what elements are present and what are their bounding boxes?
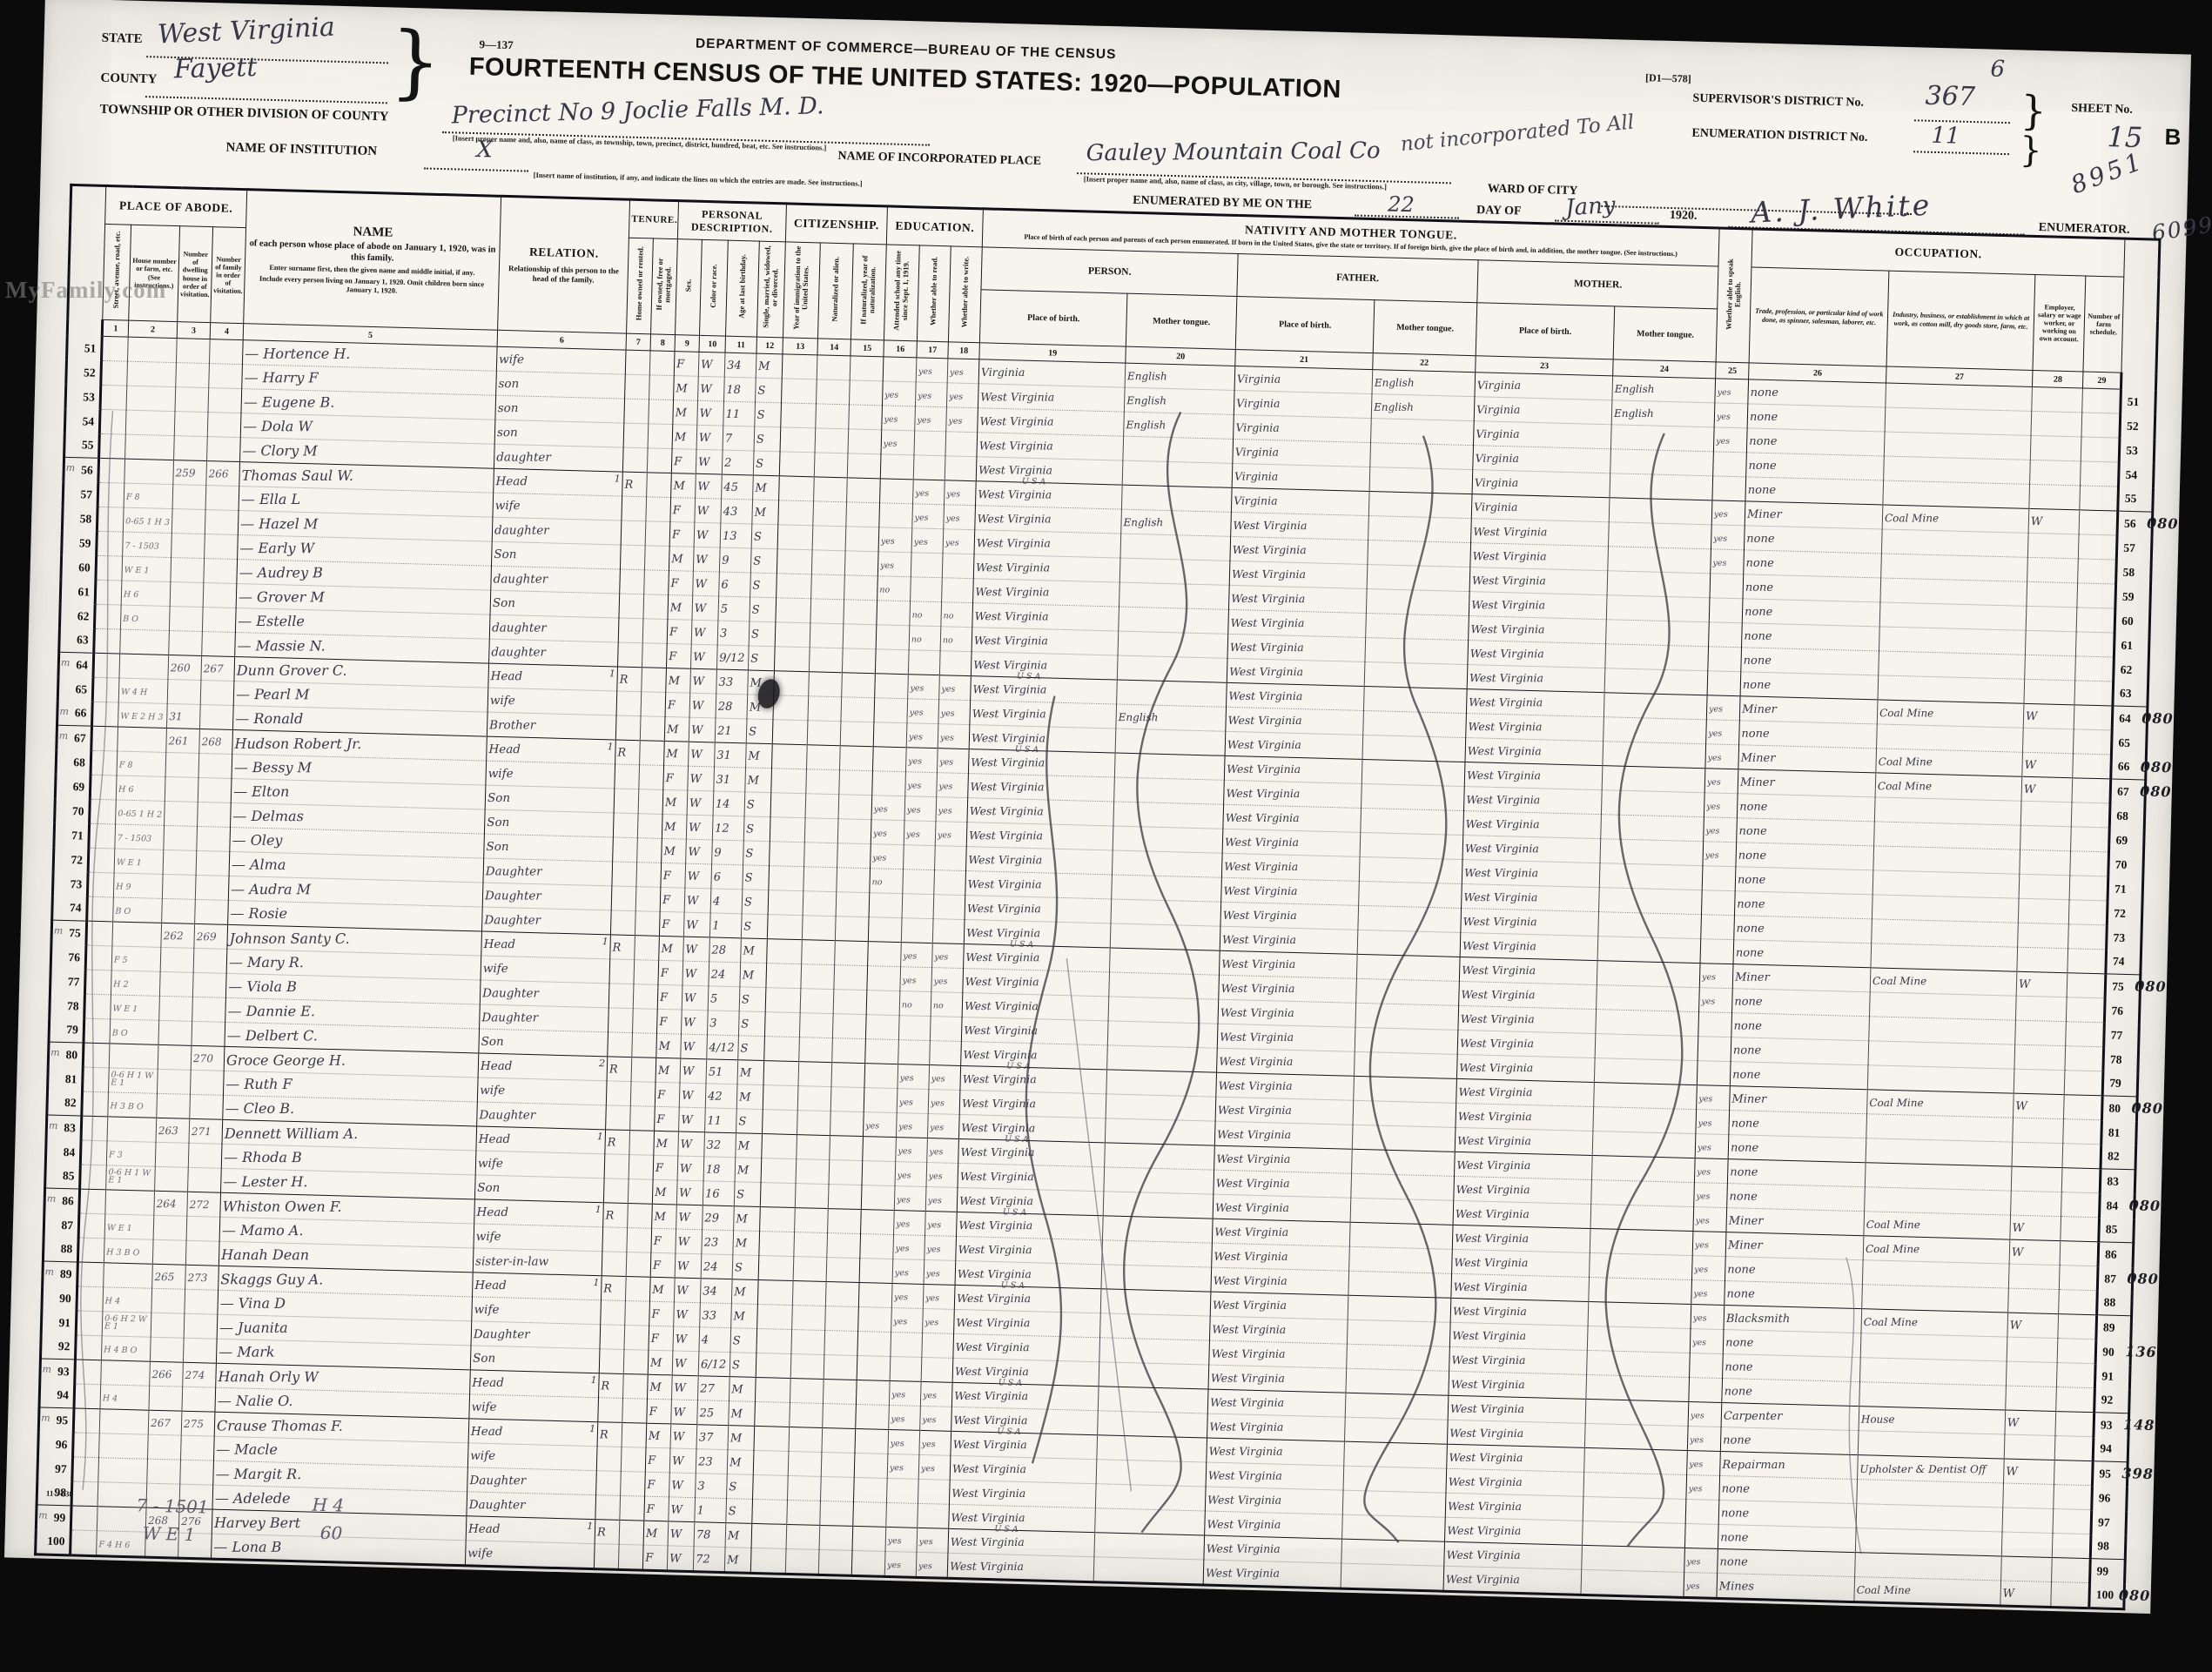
cell-c14 xyxy=(811,574,845,600)
cell-mother-mother-tongue xyxy=(1591,1180,1695,1207)
cell-occupation: none xyxy=(1728,1159,1866,1187)
cell-mother-birthplace: Virginia xyxy=(1472,470,1610,498)
cell-person-birthplace: West Virginia xyxy=(947,1553,1094,1581)
cell-c8 xyxy=(642,668,667,693)
cell-c1 xyxy=(92,702,119,727)
cell-c8 xyxy=(619,1520,644,1545)
cell-house-marks xyxy=(107,1117,157,1142)
cell-father-mother-tongue xyxy=(1366,614,1469,641)
cell-person-mother-tongue xyxy=(1100,1313,1211,1340)
cell-speaks-english: yes xyxy=(1692,1232,1726,1257)
cell-speaks-english xyxy=(1702,866,1736,891)
cell-c13 xyxy=(765,988,801,1013)
cell-tenure xyxy=(608,1008,634,1033)
cell-c1 xyxy=(96,555,123,581)
cell-father-birthplace: West Virginia xyxy=(1229,585,1368,613)
cell-person-birthplace: West Virginia xyxy=(976,457,1123,485)
col-trade: Trade, profession, or particular kind of… xyxy=(1749,267,1889,366)
cell-person-mother-tongue: English xyxy=(1125,363,1235,390)
cell-speaks-english: yes xyxy=(1714,403,1748,428)
cell-father-birthplace: West Virginia xyxy=(1218,999,1356,1027)
cell-speaks-english xyxy=(1710,574,1744,599)
cell-color-race: W xyxy=(676,1180,703,1205)
pencil-note-b: W E 1 xyxy=(142,1523,195,1546)
cell-c8 xyxy=(647,448,672,473)
cell-speaks-english: yes xyxy=(1695,1158,1729,1184)
cell-dwelling-number: 266 xyxy=(150,1361,184,1387)
cell-worker-class xyxy=(2020,825,2072,851)
cell-mother-birthplace: West Virginia xyxy=(1461,908,1599,936)
cell-person-birthplace: West Virginia xyxy=(957,1187,1104,1215)
cell-relation: Daughter xyxy=(482,907,612,935)
cell-marital-status: S xyxy=(749,621,776,647)
cell-family-number xyxy=(184,1313,218,1339)
cell-c29 xyxy=(2063,1119,2102,1145)
cell-father-birthplace: West Virginia xyxy=(1220,926,1358,954)
cell-industry xyxy=(1862,1285,2009,1313)
cell-c8 xyxy=(636,863,662,888)
enumerator-signature: A. J. White xyxy=(1751,188,1933,230)
cell-color-race: W xyxy=(694,522,721,547)
cell-house-marks xyxy=(104,1263,153,1288)
cell-line-number: 74 xyxy=(52,896,88,921)
cell-father-mother-tongue xyxy=(1346,1368,1449,1395)
cell-color-race: W xyxy=(669,1448,696,1474)
cell-c14 xyxy=(795,1208,829,1233)
cell-industry xyxy=(1879,602,2027,630)
cell-able-write: yes xyxy=(925,1211,958,1236)
cell-speaks-english: yes xyxy=(1707,695,1741,721)
cell-c1 xyxy=(76,1311,103,1336)
cell-industry xyxy=(1877,724,2024,752)
cell-line-number: 93m xyxy=(40,1359,76,1384)
cell-house-marks: H 4 B O xyxy=(101,1336,151,1361)
cell-able-write xyxy=(922,1333,954,1358)
cell-speaks-english: yes xyxy=(1686,1474,1720,1500)
cell-person-birthplace: West Virginia xyxy=(953,1333,1100,1361)
cell-family-number: 275 xyxy=(181,1411,215,1436)
cell-sex: M xyxy=(669,547,694,572)
incorporated-place-label: NAME OF INCORPORATED PLACE xyxy=(837,150,1041,169)
cell-color-race: W xyxy=(678,1131,705,1157)
enumerated-day: 22 xyxy=(1388,191,1415,217)
cell-person-mother-tongue xyxy=(1115,729,1226,755)
cell-line-number: 97 xyxy=(37,1456,73,1481)
cell-line-number: 79 xyxy=(2102,1071,2138,1097)
cell-color-race: W xyxy=(693,547,720,572)
cell-c1 xyxy=(84,994,111,1019)
cell-line-number: 80m xyxy=(48,1042,84,1067)
cell-color-race: W xyxy=(680,1058,707,1084)
col-attended-school: Attended school any time since Sept. 1, … xyxy=(884,245,920,341)
relation-number: 1 xyxy=(607,741,613,752)
cell-person-birthplace: U S AWest Virginia xyxy=(954,1285,1101,1313)
cell-sex: M xyxy=(643,1521,669,1546)
cell-able-write xyxy=(918,1503,950,1528)
cell-able-write: yes xyxy=(938,700,971,725)
cell-c29 xyxy=(2060,1241,2099,1266)
cell-occupation: none xyxy=(1718,1524,1857,1552)
cell-c14 xyxy=(792,1306,826,1331)
cell-occupation: none xyxy=(1719,1475,1858,1503)
cell-father-birthplace: West Virginia xyxy=(1231,512,1369,540)
institution-note: [Insert name of institution, if any, and… xyxy=(534,171,863,188)
cell-c13 xyxy=(768,890,803,916)
cell-c1 xyxy=(71,1530,97,1556)
cell-speaks-english: yes xyxy=(1696,1110,1730,1135)
cell-occupation: none xyxy=(1731,1037,1869,1065)
cell-c1 xyxy=(73,1433,100,1458)
cell-c15 xyxy=(837,868,871,893)
cell-c1 xyxy=(79,1189,106,1214)
cell-industry: Coal Mine xyxy=(1863,1236,2010,1264)
cell-line-number: 81 xyxy=(2101,1120,2137,1145)
relation-number: 2 xyxy=(599,1058,605,1069)
cell-able-read: yes xyxy=(901,943,933,968)
cell-age: 14 xyxy=(713,791,745,816)
cell-marital-status: S xyxy=(727,1474,754,1500)
cell-line-number: 52 xyxy=(66,359,102,385)
cell-color-race: W xyxy=(670,1424,697,1449)
relation-number: 1 xyxy=(595,1204,602,1215)
cell-c13 xyxy=(758,1255,794,1280)
cell-dwelling-number xyxy=(174,436,208,461)
cell-house-marks: H 6 xyxy=(116,776,165,801)
group-name: NAME of each person whose place of abode… xyxy=(244,190,501,331)
cell-mother-birthplace: West Virginia xyxy=(1453,1200,1591,1228)
cell-person-birthplace: U S AWest Virginia xyxy=(964,944,1111,972)
cell-c13 xyxy=(759,1232,795,1257)
cell-age: 25 xyxy=(697,1400,729,1426)
cell-family-number: 273 xyxy=(185,1265,219,1290)
cell-person-mother-tongue xyxy=(1113,850,1223,877)
cell-c8 xyxy=(620,1495,645,1521)
cell-father-birthplace: West Virginia xyxy=(1214,1170,1352,1198)
cell-able-read xyxy=(911,577,943,602)
cell-family-number xyxy=(188,1167,222,1192)
institution-underline xyxy=(424,166,528,171)
cell-relation: Head1 xyxy=(468,1419,598,1447)
cell-line-number: 73 xyxy=(2107,925,2142,950)
cell-c29 xyxy=(2054,1436,2094,1461)
cell-c29 xyxy=(2066,1022,2105,1047)
cell-mother-mother-tongue xyxy=(1606,595,1710,622)
cell-c15 xyxy=(832,1038,866,1064)
cell-person-mother-tongue xyxy=(1114,753,1225,780)
cell-worker-class xyxy=(2019,898,2070,924)
cell-tenure xyxy=(615,715,641,741)
cell-age: 72 xyxy=(693,1547,725,1573)
cell-c29 xyxy=(2051,1581,2090,1608)
cell-sex: M xyxy=(656,1058,681,1083)
cell-person-birthplace: West Virginia xyxy=(958,1163,1105,1191)
cell-speaks-english: yes xyxy=(1687,1450,1721,1475)
institution-label: NAME OF INSTITUTION xyxy=(225,141,377,160)
cell-worker-class: W xyxy=(2007,1313,2059,1339)
cell-father-birthplace: West Virginia xyxy=(1224,755,1362,783)
cell-mother-birthplace: West Virginia xyxy=(1464,762,1603,790)
cell-marital-status: S xyxy=(736,1109,763,1134)
cell-person-mother-tongue xyxy=(1109,972,1220,999)
cell-dwelling-number xyxy=(147,1459,181,1484)
cell-c29 xyxy=(2056,1387,2095,1413)
cell-person-mother-tongue xyxy=(1105,1143,1215,1170)
cell-dwelling-number xyxy=(155,1166,189,1192)
cell-c14 xyxy=(787,1500,821,1525)
cell-person-mother-tongue xyxy=(1123,436,1234,463)
cell-sex: M xyxy=(674,376,699,401)
cell-mother-mother-tongue xyxy=(1604,668,1708,695)
cell-speaks-english: yes xyxy=(1690,1329,1724,1354)
cell-mother-mother-tongue xyxy=(1604,717,1707,744)
cell-industry: Coal Mine xyxy=(1875,773,2022,801)
cell-person-mother-tongue xyxy=(1098,1387,1208,1413)
cell-able-write: yes xyxy=(947,359,979,384)
cell-c14 xyxy=(795,1184,829,1209)
cell-relation: Son xyxy=(490,590,620,618)
cell-sex: M xyxy=(662,789,688,815)
cell-worker-class xyxy=(2014,1044,2066,1071)
cell-c14 xyxy=(791,1330,825,1355)
cell-c14 xyxy=(806,769,840,795)
cell-mother-birthplace: West Virginia xyxy=(1465,738,1604,766)
cell-c8 xyxy=(649,400,674,425)
margin-stamp: 136 xyxy=(2125,1343,2157,1360)
cell-mother-birthplace: West Virginia xyxy=(1447,1444,1585,1472)
cell-industry xyxy=(1868,1041,2015,1069)
cell-able-write: no xyxy=(941,602,973,628)
cell-father-mother-tongue xyxy=(1361,759,1465,786)
cell-family-number: 266 xyxy=(206,461,240,487)
cell-tenure xyxy=(595,1495,621,1521)
cell-marital-status: S xyxy=(732,1255,759,1280)
cell-c14 xyxy=(817,355,851,380)
cell-industry: Coal Mine xyxy=(1876,749,2023,776)
cell-occupation: none xyxy=(1739,721,1878,749)
cell-able-write xyxy=(945,432,978,457)
cell-c1 xyxy=(98,458,125,483)
cell-industry xyxy=(1879,627,2027,655)
cell-family-number xyxy=(185,1289,219,1314)
cell-father-birthplace: West Virginia xyxy=(1214,1121,1353,1149)
cell-able-read: no xyxy=(909,626,941,651)
cell-mother-mother-tongue xyxy=(1605,644,1709,671)
margin-stamp: 080 xyxy=(2141,709,2174,727)
cell-house-marks: H 3 B O xyxy=(104,1239,153,1264)
cell-industry xyxy=(1878,675,2025,703)
cell-line-number: 100080 xyxy=(2089,1583,2125,1609)
cell-mother-birthplace: West Virginia xyxy=(1467,689,1605,717)
cell-occupation: none xyxy=(1721,1427,1859,1454)
cell-worker-class xyxy=(2004,1434,2055,1460)
cell-c15 xyxy=(828,1185,862,1210)
margin-mark: m xyxy=(54,925,64,937)
cell-c8 xyxy=(645,521,670,547)
cell-father-mother-tongue xyxy=(1359,856,1462,883)
cell-color-race: W xyxy=(679,1083,706,1108)
cell-mother-birthplace: West Virginia xyxy=(1443,1566,1582,1595)
cell-relation: Son xyxy=(484,834,614,862)
cell-person-birthplace: West Virginia xyxy=(961,1041,1108,1069)
day-of-label: DAY OF xyxy=(1476,204,1522,218)
cell-tenure xyxy=(614,789,639,814)
cell-c15 xyxy=(835,917,869,942)
cell-tenure: R xyxy=(610,935,635,960)
cell-attended-school xyxy=(865,1015,899,1040)
cell-mother-mother-tongue xyxy=(1581,1569,1684,1597)
cell-sex: F xyxy=(667,619,692,644)
cell-able-read: yes xyxy=(894,1186,926,1212)
cell-able-read xyxy=(887,1478,919,1503)
cell-c1 xyxy=(85,945,112,970)
cell-dwelling-number xyxy=(167,679,201,704)
cell-age: 45 xyxy=(722,474,754,500)
cell-color-race: W xyxy=(689,742,716,767)
cell-age: 34 xyxy=(724,353,756,378)
cell-relation: daughter xyxy=(491,566,621,594)
cell-age: 2 xyxy=(722,450,754,475)
cell-c29 xyxy=(2061,1192,2101,1218)
cell-c15 xyxy=(848,429,882,454)
cell-worker-class xyxy=(2009,1264,2061,1290)
cell-family-number xyxy=(209,364,243,389)
cell-speaks-english: yes xyxy=(1688,1426,1722,1451)
cell-worker-class: W xyxy=(2014,1093,2065,1119)
cell-color-race: W xyxy=(668,1521,695,1547)
cell-c15 xyxy=(825,1282,859,1307)
cell-dwelling-number xyxy=(164,825,198,850)
cell-worker-class: W xyxy=(2016,971,2067,997)
cell-able-write xyxy=(932,919,965,944)
cell-able-read xyxy=(902,894,934,919)
cell-c14 xyxy=(788,1475,822,1501)
cell-house-marks: 0-6 H 1 W E 1 xyxy=(106,1165,156,1191)
cell-mother-mother-tongue xyxy=(1587,1350,1691,1377)
cell-color-race: W xyxy=(677,1156,704,1181)
cell-c15 xyxy=(829,1160,863,1185)
usa-scrawl: U S A xyxy=(1010,939,1034,950)
cell-mother-birthplace: West Virginia xyxy=(1457,1054,1596,1082)
cell-c29 xyxy=(2074,681,2114,706)
cell-color-race: W xyxy=(692,595,719,621)
cell-c29 xyxy=(2071,827,2110,852)
cell-marital-status: M xyxy=(729,1401,756,1427)
cell-mother-mother-tongue xyxy=(1584,1423,1688,1450)
cell-attended-school xyxy=(864,1064,898,1089)
cell-c15 xyxy=(841,697,875,722)
brace-enumeration: } xyxy=(2019,130,2042,171)
cell-mother-mother-tongue xyxy=(1603,742,1706,769)
cell-tenure xyxy=(599,1349,624,1374)
cell-marital-status: M xyxy=(746,743,773,769)
cell-c13 xyxy=(772,744,808,769)
cell-sex: F xyxy=(647,1399,672,1424)
cell-able-write: yes xyxy=(937,773,969,798)
cell-sex: F xyxy=(658,960,683,985)
cell-father-mother-tongue xyxy=(1350,1198,1454,1225)
cell-age: 24 xyxy=(701,1254,733,1279)
cell-house-marks xyxy=(127,361,177,386)
cell-house-marks xyxy=(99,1434,149,1459)
cell-c13 xyxy=(760,1183,796,1208)
cell-mother-mother-tongue xyxy=(1587,1326,1691,1353)
cell-able-write: yes xyxy=(919,1430,951,1455)
cell-c15 xyxy=(838,795,872,820)
cell-house-marks: F 3 xyxy=(106,1141,156,1166)
cell-line-number: 83m xyxy=(46,1115,82,1140)
relation-number: 1 xyxy=(589,1423,595,1434)
cell-sex: M xyxy=(649,1277,675,1302)
cell-mother-birthplace: West Virginia xyxy=(1470,543,1609,571)
cell-person-birthplace: West Virginia xyxy=(959,1090,1106,1118)
cell-able-write: yes xyxy=(917,1528,949,1553)
cell-c8 xyxy=(623,1373,649,1399)
cell-c29 xyxy=(2077,583,2116,608)
cell-industry xyxy=(1872,919,2019,947)
cell-person-birthplace: U S AWest Virginia xyxy=(957,1212,1104,1239)
cell-age: 12 xyxy=(712,816,744,841)
margin-stamp: 080 xyxy=(2131,1099,2163,1117)
group-citizenship: CITIZENSHIP. xyxy=(785,204,887,245)
cell-able-read: yes xyxy=(897,1113,929,1138)
column-number: 3 xyxy=(177,322,210,339)
cell-line-number: 82 xyxy=(2101,1145,2136,1170)
cell-line-number: 60 xyxy=(61,554,97,580)
cell-line-number: 56080 xyxy=(2117,511,2153,536)
cell-mother-mother-tongue xyxy=(1590,1252,1693,1279)
cell-mother-birthplace: West Virginia xyxy=(1445,1517,1583,1545)
cell-c1 xyxy=(77,1286,104,1312)
cell-industry xyxy=(1869,1017,2016,1044)
cell-relation: Daughter xyxy=(482,883,612,910)
cell-speaks-english xyxy=(1689,1378,1723,1403)
cell-sex: F xyxy=(644,1496,669,1521)
cell-mother-birthplace: West Virginia xyxy=(1459,981,1597,1009)
cell-tenure xyxy=(620,545,645,570)
cell-family-number xyxy=(204,559,238,584)
cell-able-read xyxy=(898,1040,931,1065)
cell-c13 xyxy=(763,1085,798,1111)
col-free-mortgaged: If owned, free or mortgaged. xyxy=(651,238,678,335)
cell-worker-class xyxy=(2015,1020,2067,1046)
cell-worker-class xyxy=(2012,1142,2063,1168)
cell-father-mother-tongue xyxy=(1364,686,1468,713)
cell-c29 xyxy=(2059,1290,2098,1315)
cell-house-marks xyxy=(125,434,175,460)
cell-father-birthplace: Virginia xyxy=(1234,390,1372,418)
cell-able-read: yes xyxy=(887,1454,919,1479)
cell-line-number: 76 xyxy=(2105,998,2141,1024)
cell-c8 xyxy=(626,1252,651,1278)
cell-marital-status: M xyxy=(731,1279,758,1305)
cell-speaks-english: yes xyxy=(1714,427,1748,453)
cell-c15 xyxy=(844,600,877,625)
enumeration-district-value: 11 xyxy=(1931,123,1960,150)
cell-c29 xyxy=(2065,1046,2104,1071)
cell-person-birthplace: West Virginia xyxy=(965,896,1112,923)
cell-c29 xyxy=(2067,949,2107,974)
cell-house-marks: W E 1 xyxy=(122,556,171,581)
supervisor-district-label: SUPERVISOR'S DISTRICT No. xyxy=(1692,92,1864,111)
cell-c1 xyxy=(82,1091,109,1117)
column-number: 17 xyxy=(917,341,948,359)
cell-color-race: W xyxy=(686,815,713,840)
cell-age: 37 xyxy=(696,1425,729,1450)
usa-scrawl: U S A xyxy=(998,1378,1023,1388)
cell-tenure: R xyxy=(605,1130,630,1155)
cell-able-write xyxy=(918,1479,951,1504)
cell-c13 xyxy=(782,354,817,379)
